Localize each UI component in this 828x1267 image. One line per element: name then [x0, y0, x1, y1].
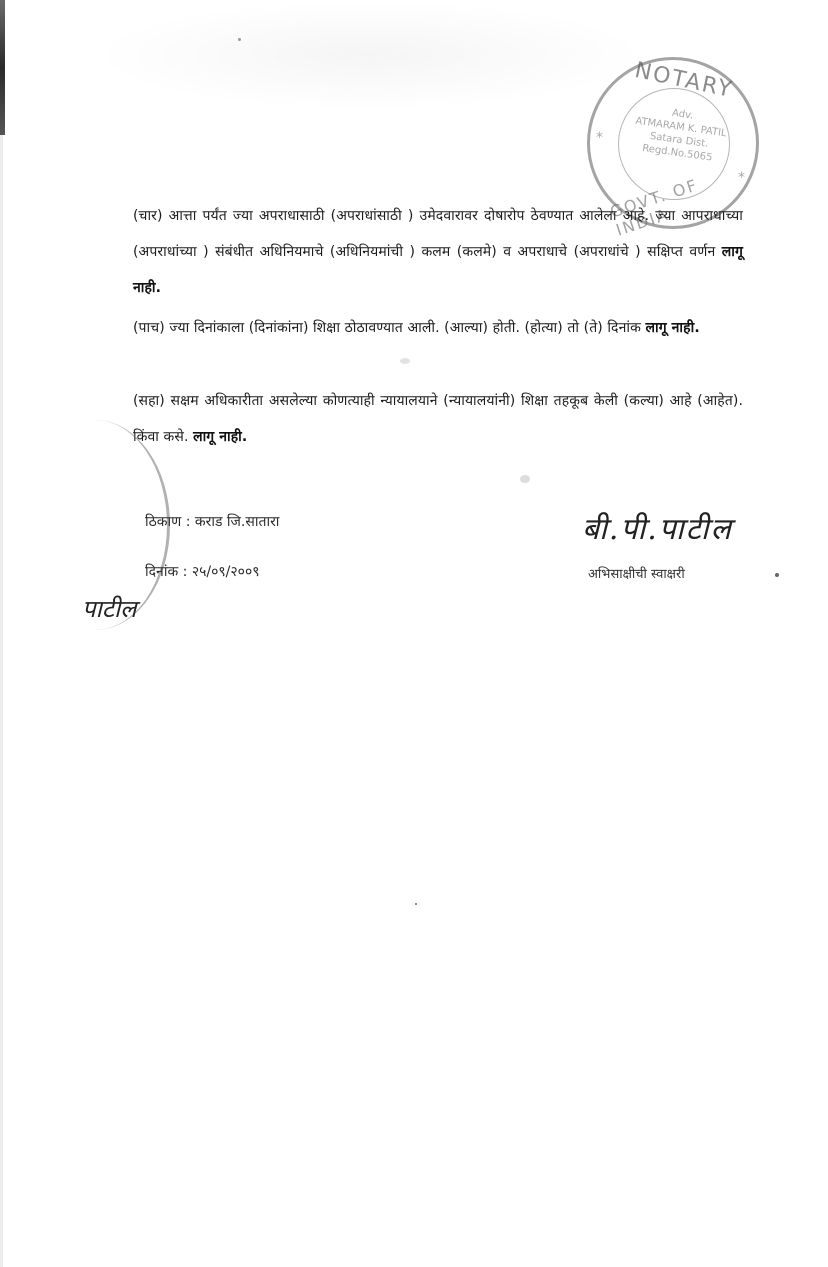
paragraph-four: (चार) आत्ता पर्यंत ज्या अपराधासाठी (अपरा…	[133, 198, 743, 306]
handwritten-signature: बी.पी.पाटील	[582, 507, 733, 548]
paragraph-text: (चार) आत्ता पर्यंत ज्या अपराधासाठी (अपरा…	[133, 208, 743, 260]
document-page: NOTARY Adv. ATMARAM K. PATIL Satara Dist…	[0, 0, 828, 1267]
paragraph-five: (पाच) ज्या दिनांकाला (दिनांकांना) शिक्षा…	[133, 310, 743, 346]
star-icon: *	[596, 130, 603, 146]
scan-smudge	[90, 0, 650, 110]
place-field: ठिकाण : कराड जि.सातारा	[145, 512, 279, 531]
scan-speck	[415, 903, 417, 905]
signature-caption: अभिसाक्षीची स्वाक्षरी	[588, 564, 685, 582]
scan-speck	[520, 475, 530, 483]
star-icon: *	[738, 170, 745, 186]
scan-speck	[238, 38, 241, 41]
date-field: दिनांक : २५/०९/२००९	[145, 562, 260, 581]
paragraph-six: (सहा) सक्षम अधिकारीता असलेल्या कोणत्याही…	[133, 383, 743, 455]
scan-speck	[775, 573, 779, 577]
not-applicable-label: लागू नाही.	[645, 320, 699, 336]
margin-handwriting: पाटील	[82, 592, 136, 625]
scan-edge-light	[0, 135, 3, 1267]
paragraph-text: (पाच) ज्या दिनांकाला (दिनांकांना) शिक्षा…	[133, 320, 641, 336]
scan-edge-shadow	[0, 0, 5, 135]
not-applicable-label: लागू नाही.	[193, 429, 247, 445]
scan-speck	[400, 358, 410, 364]
